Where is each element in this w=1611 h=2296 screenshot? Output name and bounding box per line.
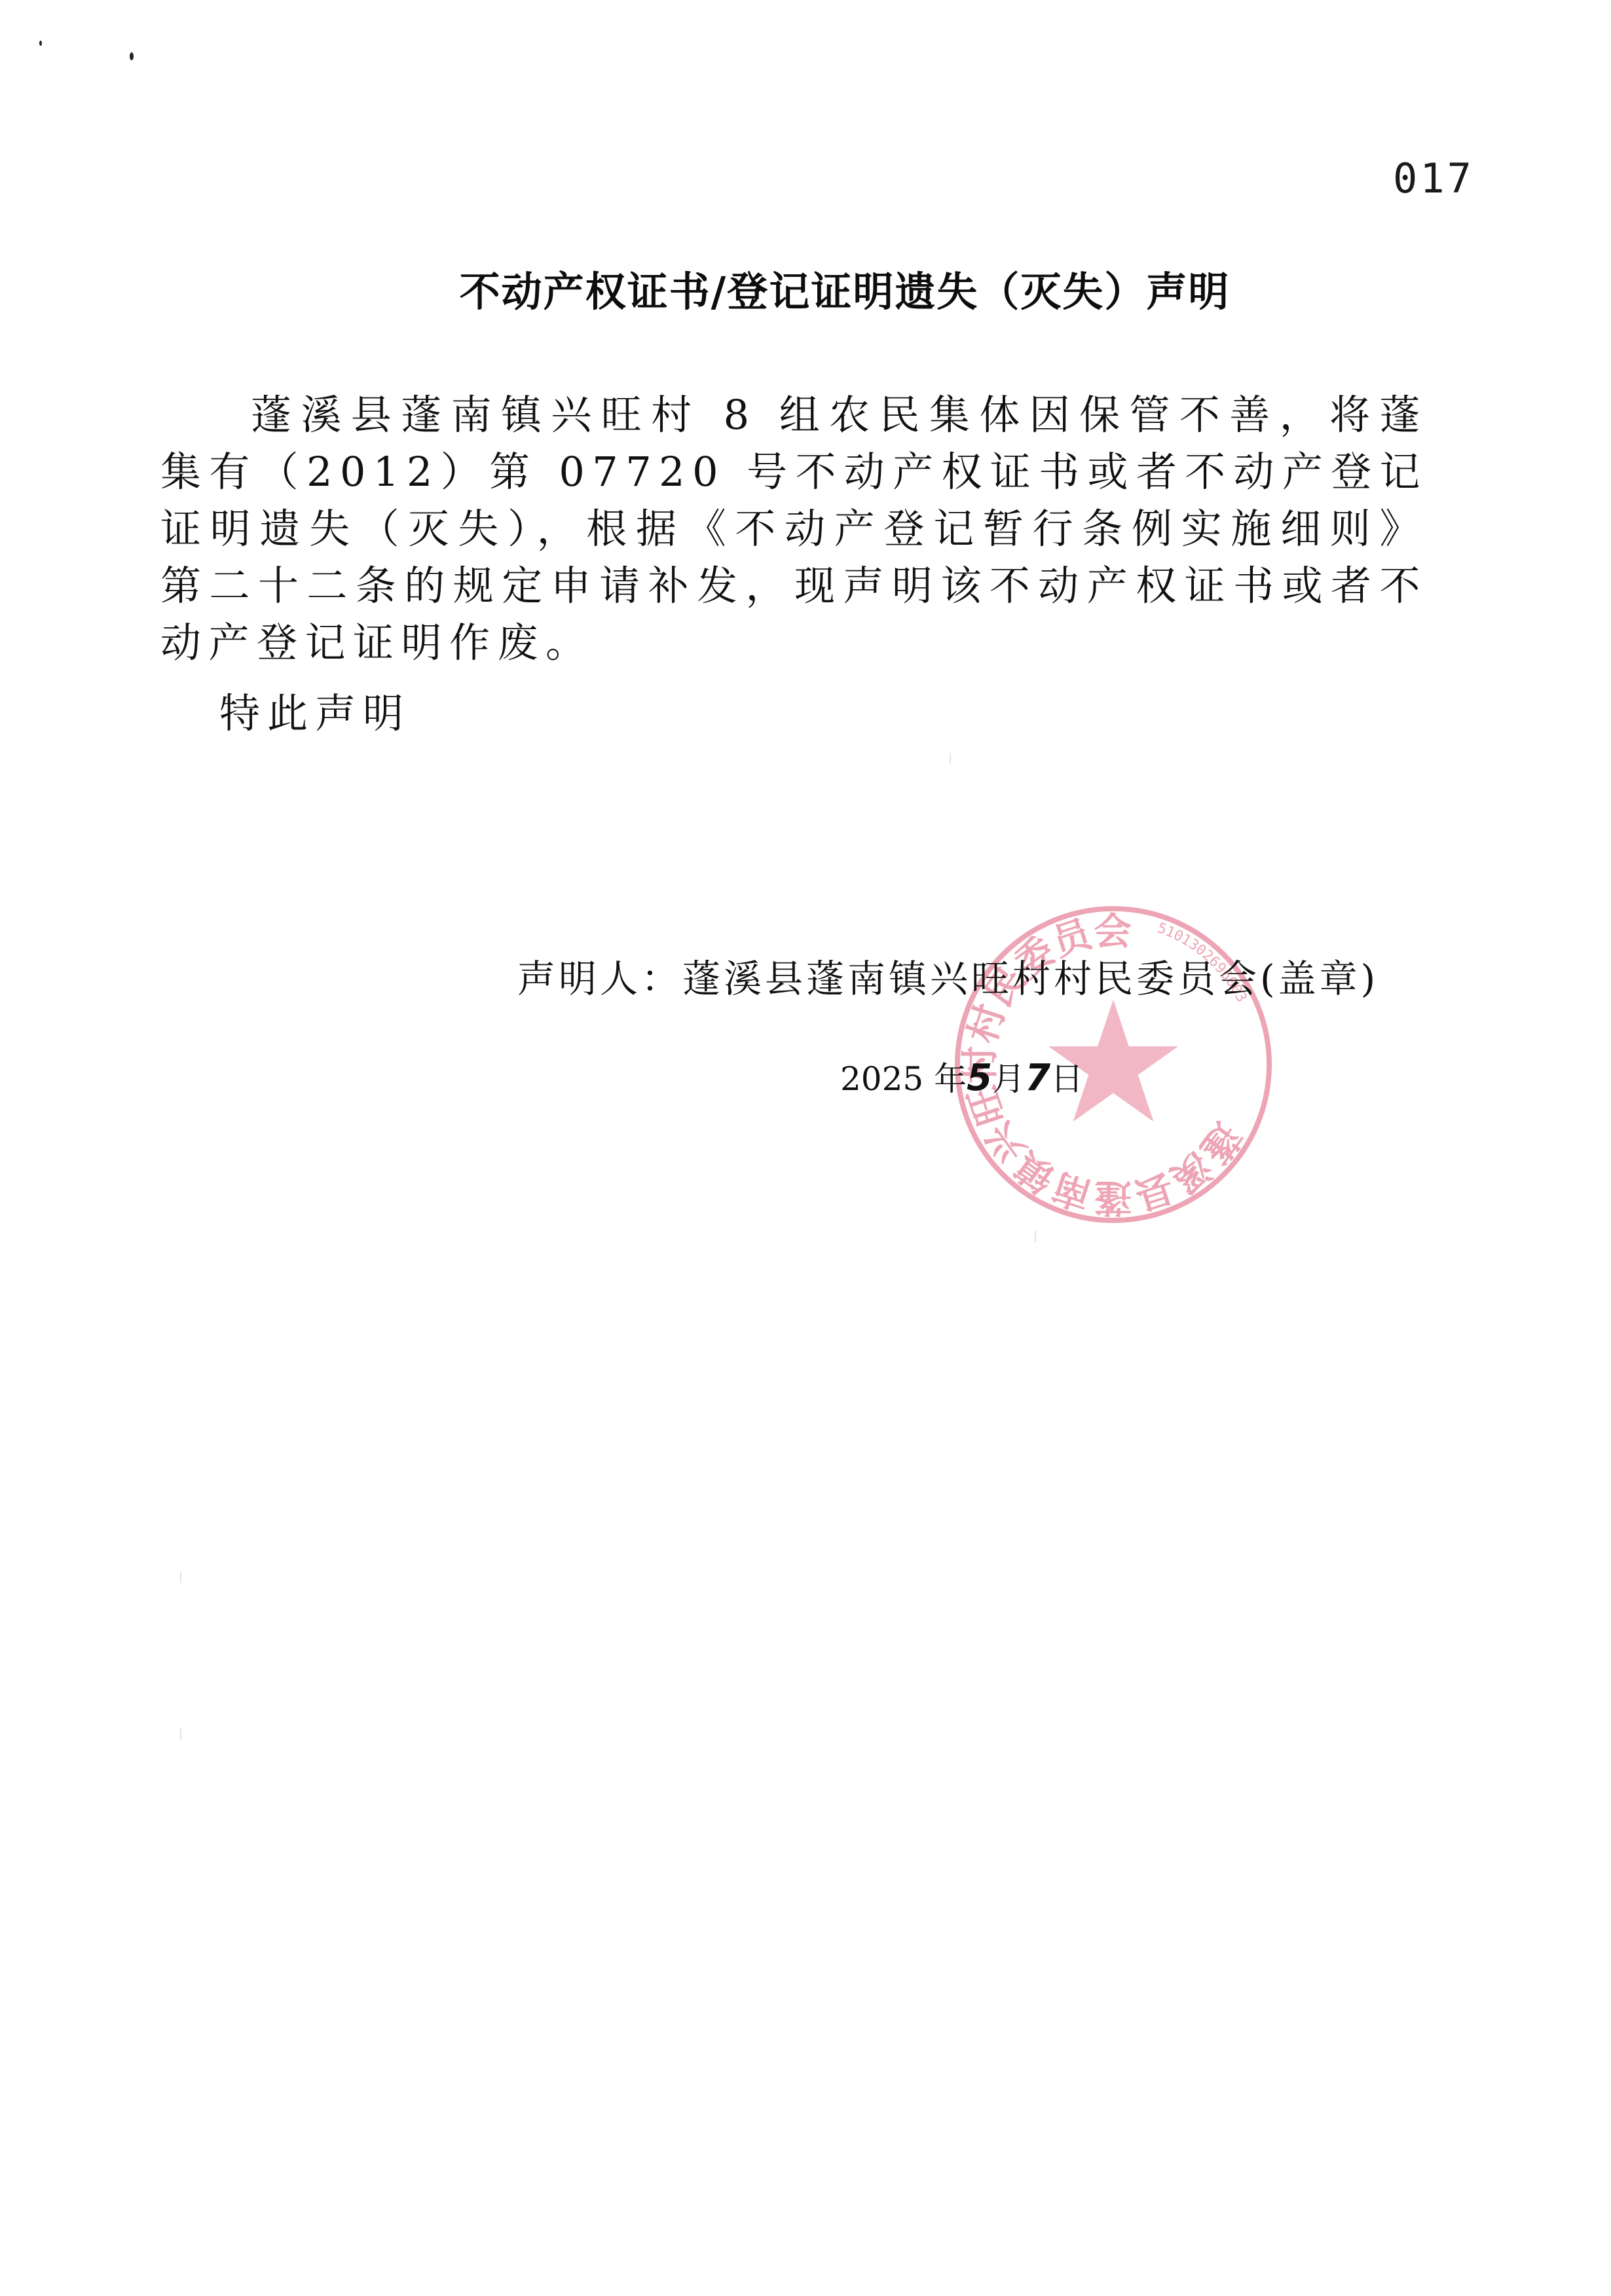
scan-mark xyxy=(180,1728,181,1740)
date-year-unit: 年 xyxy=(934,1060,967,1098)
closing-phrase: 特此声明 xyxy=(219,681,411,739)
date-day-unit: 日 xyxy=(1050,1060,1083,1098)
date-month-unit: 月 xyxy=(992,1060,1025,1098)
declarant-line: 声明人：蓬溪县蓬南镇兴旺村村民委员会(盖章) xyxy=(517,948,1379,1003)
scan-mark xyxy=(950,753,951,765)
scan-speck xyxy=(39,41,42,46)
scan-mark xyxy=(180,1571,181,1583)
scan-speck xyxy=(130,52,134,60)
declaration-body: 蓬溪县蓬南镇兴旺村 8 组农民集体因保管不善，将蓬集有（2012）第 07720… xyxy=(160,386,1428,671)
date-year: 2025 xyxy=(840,1060,923,1098)
scan-mark xyxy=(1035,1231,1036,1243)
page-number: 017 xyxy=(1393,155,1474,202)
signature-date: 2025 年5月7日 xyxy=(840,1053,1083,1100)
date-month: 5 xyxy=(967,1057,992,1099)
date-day: 7 xyxy=(1025,1057,1050,1099)
document-title: 不动产权证书/登记证明遗失（灭失）声明 xyxy=(0,259,1611,318)
